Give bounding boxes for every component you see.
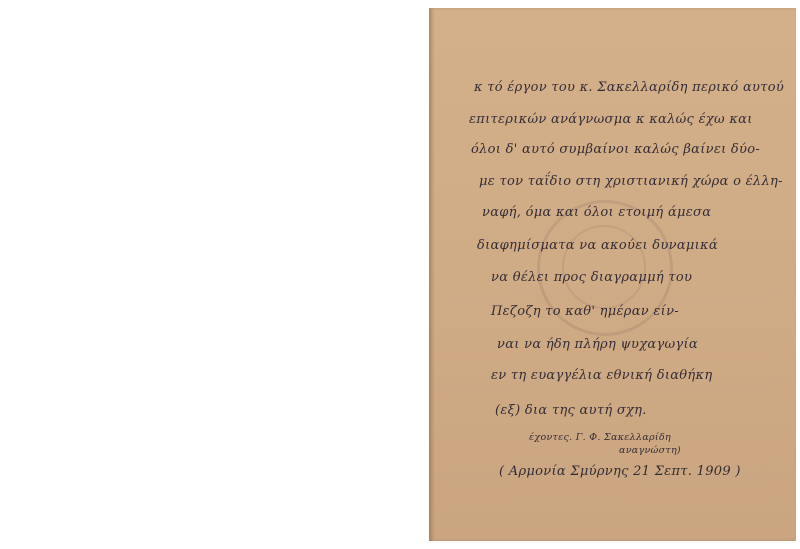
text-line: ναφή, όμα και όλοι ετοιμή άμεσα [482,205,711,220]
text-line: όλοι δ' αυτό συμβαίνοι καλώς βαίνει δύο- [471,142,760,157]
text-line: με τον ταΐδιο στη χριστιανική χώρα ο έλλ… [479,174,783,189]
text-line: (εξ) δια της αυτή σχη. [495,403,647,418]
text-line: διαφημίσματα να ακούει δυναμικά [477,238,718,253]
date-line: ( Αρμονία Σμύρνης 21 Σεπτ. 1909 ) [499,464,741,479]
text-line: εν τη ευαγγέλια εθνική διαθήκη [491,368,712,383]
text-line: κ τό έργον του κ. Σακελλαρίδη περικό αυτ… [474,80,784,95]
letter-page: κ τό έργον του κ. Σακελλαρίδη περικό αυτ… [429,8,796,541]
text-line: επιτερικών ανάγνωσμα κ καλώς έχω και [469,112,753,127]
signature-line: έχοντες. Γ. Φ. Σακελλαρίδη [529,432,671,443]
signature-line: αναγνώστη) [619,445,681,456]
text-line: Πεζοζη το καθ' ημέραν είν- [491,304,679,319]
text-line: ναι να ήδη πλήρη ψυχαγωγία [497,337,698,352]
text-line: να θέλει προς διαγραμμή του [491,270,692,285]
